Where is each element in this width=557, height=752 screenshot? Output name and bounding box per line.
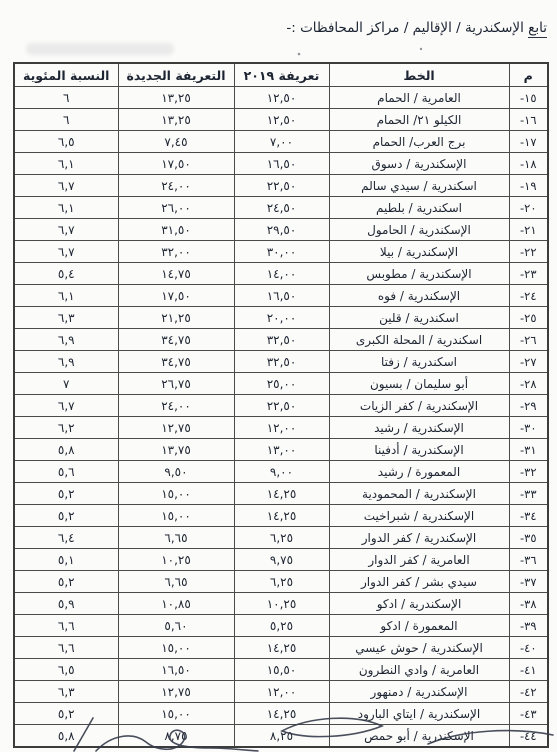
cell-tariff-2019: ٨,٢٥ xyxy=(234,725,329,748)
cell-tariff-new: ٣٤,٧٥ xyxy=(118,351,234,373)
title-text: الإسكندرية / الإقاليم / مراكز المحافظات … xyxy=(286,20,528,36)
cell-route-name: الإسكندرية / رشيد xyxy=(329,417,509,439)
table-row: ٣٩- المعمورة / ادكو ٥,٢٥ ٥,٦٠ ٦,٦ xyxy=(14,615,548,637)
cell-route-name: العامرية / وادي النطرون xyxy=(329,659,509,681)
cell-row-number: ٢٣- xyxy=(509,263,548,285)
cell-tariff-2019: ٧,٠٠ xyxy=(234,131,329,153)
cell-tariff-2019: ٩,٠٠ xyxy=(234,461,329,483)
table-row: ١٥- العامرية / الحمام ١٢,٥٠ ١٣,٢٥ ٦ xyxy=(14,87,548,109)
cell-route-name: الإسكندرية / شبراخيت xyxy=(329,505,509,527)
cell-row-number: ٢٥- xyxy=(509,307,548,329)
cell-row-number: ٣٥- xyxy=(509,527,548,549)
cell-tariff-2019: ٢٢,٥٠ xyxy=(234,395,329,417)
cell-tariff-new: ١٣,٢٥ xyxy=(118,109,234,131)
cell-tariff-2019: ٢٥,٠٠ xyxy=(234,373,329,395)
cell-tariff-new: ٢٤,٠٠ xyxy=(118,175,234,197)
cell-tariff-new: ٦,٦٥ xyxy=(118,527,234,549)
cell-row-number: ٤١- xyxy=(509,659,548,681)
cell-tariff-2019: ٣٢,٥٠ xyxy=(234,351,329,373)
cell-percentage: ٥,٢ xyxy=(14,703,118,725)
cell-percentage: ٦,١ xyxy=(14,153,118,175)
cell-row-number: ٣٦- xyxy=(509,549,548,571)
cell-tariff-2019: ١٢,٠٠ xyxy=(234,681,329,703)
table-row: ٣٢- المعمورة / رشيد ٩,٠٠ ٩,٥٠ ٥,٦ xyxy=(14,461,548,483)
table-row: ١٦- الكيلو ٢١/ الحمام ١٢,٥٠ ١٣,٢٥ ٦ xyxy=(14,109,548,131)
cell-percentage: ٦,٣ xyxy=(14,681,118,703)
cell-tariff-2019: ١٣,٠٠ xyxy=(234,439,329,461)
table-row: ٤١- العامرية / وادي النطرون ١٥,٥٠ ١٦,٥٠ … xyxy=(14,659,548,681)
cell-row-number: ٢٩- xyxy=(509,395,548,417)
cell-percentage: ٥,٦ xyxy=(14,461,118,483)
cell-tariff-new: ٨,٧٥ xyxy=(118,725,234,748)
cell-row-number: ٢٧- xyxy=(509,351,548,373)
scan-smudge xyxy=(26,43,174,55)
cell-route-name: الإسكندرية / أدفينا xyxy=(329,439,509,461)
cell-tariff-2019: ٢٤,٥٠ xyxy=(234,197,329,219)
header-row: م الخط تعريفة ٢٠١٩ التعريفة الجديدة النس… xyxy=(14,63,548,87)
cell-percentage: ٥,٢ xyxy=(14,483,118,505)
table-row: ٢٩- الإسكندرية / كفر الزيات ٢٢,٥٠ ٢٤,٠٠ … xyxy=(14,395,548,417)
cell-route-name: العامرية / كفر الدوار xyxy=(329,549,509,571)
cell-tariff-2019: ٥,٢٥ xyxy=(234,615,329,637)
cell-route-name: برج العرب/ الحمام xyxy=(329,131,509,153)
fare-table: م الخط تعريفة ٢٠١٩ التعريفة الجديدة النس… xyxy=(13,62,549,748)
table-row: ٤٤- الإسكندرية / أبو حمص ٨,٢٥ ٨,٧٥ ٥,٨ xyxy=(14,725,548,748)
cell-route-name: الإسكندرية / فوه xyxy=(329,285,509,307)
cell-row-number: ١٥- xyxy=(509,87,548,109)
cell-tariff-2019: ٦,٢٥ xyxy=(234,527,329,549)
table-row: ٣٤- الإسكندرية / شبراخيت ١٤,٢٥ ١٥,٠٠ ٥,٢ xyxy=(14,505,548,527)
cell-percentage: ٦,٩ xyxy=(14,351,118,373)
table-row: ٢٦- اسكندرية / المحلة الكبرى ٣٢,٥٠ ٣٤,٧٥… xyxy=(14,329,548,351)
header-cell-route: الخط xyxy=(329,63,509,87)
table-row: ٣٣- الإسكندرية / المحمودية ١٤,٢٥ ١٥,٠٠ ٥… xyxy=(14,483,548,505)
table-row: ٢٨- أبو سليمان / بسيون ٢٥,٠٠ ٢٦,٧٥ ٧ xyxy=(14,373,548,395)
table-row: ٢٣- الإسكندرية / مطوبس ١٤,٠٠ ١٤,٧٥ ٥,٤ xyxy=(14,263,548,285)
cell-tariff-new: ١٠,٢٥ xyxy=(118,549,234,571)
table-row: ١٨- الإسكندرية / دسوق ١٦,٥٠ ١٧,٥٠ ٦,١ xyxy=(14,153,548,175)
cell-row-number: ٢٨- xyxy=(509,373,548,395)
cell-row-number: ١٨- xyxy=(509,153,548,175)
cell-percentage: ٦,٣ xyxy=(14,307,118,329)
cell-percentage: ٦,٧ xyxy=(14,395,118,417)
cell-tariff-new: ١٣,٧٥ xyxy=(118,439,234,461)
cell-percentage: ٦,٢ xyxy=(14,417,118,439)
page-title: تابع الإسكندرية / الإقاليم / مراكز المحا… xyxy=(286,20,547,36)
cell-tariff-2019: ٢٠,٠٠ xyxy=(234,307,329,329)
cell-tariff-new: ١٤,٧٥ xyxy=(118,263,234,285)
cell-tariff-2019: ٣٠,٠٠ xyxy=(234,241,329,263)
cell-route-name: سيدي بشر / كفر الدوار xyxy=(329,571,509,593)
cell-percentage: ٦,٧ xyxy=(14,241,118,263)
cell-route-name: الإسكندرية / بيلا xyxy=(329,241,509,263)
table-row: ١٧- برج العرب/ الحمام ٧,٠٠ ٧,٤٥ ٦,٥ xyxy=(14,131,548,153)
cell-route-name: الإسكندرية / ادكو xyxy=(329,593,509,615)
cell-row-number: ٣٣- xyxy=(509,483,548,505)
table-row: ٣٧- سيدي بشر / كفر الدوار ٦,٢٥ ٦,٦٥ ٥,٢ xyxy=(14,571,548,593)
cell-route-name: الإسكندرية / دسوق xyxy=(329,153,509,175)
table-row: ٣٥- الإسكندرية / كفر الدوار ٦,٢٥ ٦,٦٥ ٦,… xyxy=(14,527,548,549)
cell-tariff-2019: ١٥,٥٠ xyxy=(234,659,329,681)
table-row: ٣٠- الإسكندرية / رشيد ١٢,٠٠ ١٢,٧٥ ٦,٢ xyxy=(14,417,548,439)
table-row: ١٩- اسكندرية / سيدي سالم ٢٢,٥٠ ٢٤,٠٠ ٦,٧ xyxy=(14,175,548,197)
cell-tariff-2019: ١٤,٢٥ xyxy=(234,505,329,527)
cell-tariff-new: ٢٦,٠٠ xyxy=(118,197,234,219)
table-row: ٢٧- اسكندرية / زفتا ٣٢,٥٠ ٣٤,٧٥ ٦,٩ xyxy=(14,351,548,373)
cell-row-number: ٣٩- xyxy=(509,615,548,637)
fare-table-body: ١٥- العامرية / الحمام ١٢,٥٠ ١٣,٢٥ ٦ ١٦- … xyxy=(14,87,548,748)
cell-route-name: الإسكندرية / أبو حمص xyxy=(329,725,509,748)
cell-percentage: ٥,١ xyxy=(14,549,118,571)
cell-row-number: ٢١- xyxy=(509,219,548,241)
table-row: ٣٨- الإسكندرية / ادكو ١٠,٢٥ ١٠,٨٥ ٥,٩ xyxy=(14,593,548,615)
cell-percentage: ٥,٩ xyxy=(14,593,118,615)
cell-tariff-new: ٣٤,٧٥ xyxy=(118,329,234,351)
cell-tariff-2019: ٣٢,٥٠ xyxy=(234,329,329,351)
cell-tariff-new: ١٢,٧٥ xyxy=(118,417,234,439)
cell-tariff-new: ٥,٦٠ xyxy=(118,615,234,637)
cell-percentage: ٦ xyxy=(14,87,118,109)
cell-percentage: ٦ xyxy=(14,109,118,131)
cell-tariff-new: ٣٢,٠٠ xyxy=(118,241,234,263)
cell-tariff-2019: ١٢,٠٠ xyxy=(234,417,329,439)
cell-route-name: الإسكندرية / دمنهور xyxy=(329,681,509,703)
cell-row-number: ٢٦- xyxy=(509,329,548,351)
cell-row-number: ٤٣- xyxy=(509,703,548,725)
cell-tariff-2019: ١٤,٢٥ xyxy=(234,483,329,505)
cell-route-name: اسكندرية / زفتا xyxy=(329,351,509,373)
cell-tariff-new: ٦,٦٥ xyxy=(118,571,234,593)
cell-tariff-new: ١٧,٥٠ xyxy=(118,153,234,175)
cell-percentage: ٦,٧ xyxy=(14,219,118,241)
cell-percentage: ٧ xyxy=(14,373,118,395)
cell-row-number: ٤٢- xyxy=(509,681,548,703)
cell-route-name: اسكندرية / سيدي سالم xyxy=(329,175,509,197)
cell-route-name: الإسكندرية / الحامول xyxy=(329,219,509,241)
cell-percentage: ٦,٤ xyxy=(14,527,118,549)
scanned-page: تابع الإسكندرية / الإقاليم / مراكز المحا… xyxy=(0,0,557,752)
cell-row-number: ١٧- xyxy=(509,131,548,153)
cell-tariff-new: ١٦,٥٠ xyxy=(118,659,234,681)
table-row: ٢٢- الإسكندرية / بيلا ٣٠,٠٠ ٣٢,٠٠ ٦,٧ xyxy=(14,241,548,263)
cell-tariff-new: ١٥,٠٠ xyxy=(118,703,234,725)
cell-tariff-new: ١٥,٠٠ xyxy=(118,637,234,659)
cell-tariff-2019: ١٤,٢٥ xyxy=(234,703,329,725)
cell-route-name: الإسكندرية / حوش عيسي xyxy=(329,637,509,659)
cell-percentage: ٦,١ xyxy=(14,197,118,219)
header-cell-percentage: النسبة المئوية xyxy=(14,63,118,87)
cell-tariff-2019: ٢٩,٥٠ xyxy=(234,219,329,241)
cell-tariff-2019: ١٢,٥٠ xyxy=(234,109,329,131)
cell-row-number: ٣٤- xyxy=(509,505,548,527)
table-row: ٣٦- العامرية / كفر الدوار ٩,٧٥ ١٠,٢٥ ٥,١ xyxy=(14,549,548,571)
cell-route-name: الكيلو ٢١/ الحمام xyxy=(329,109,509,131)
table-row: ٣١- الإسكندرية / أدفينا ١٣,٠٠ ١٣,٧٥ ٥,٨ xyxy=(14,439,548,461)
cell-percentage: ٥,٨ xyxy=(14,725,118,748)
cell-row-number: ٢٢- xyxy=(509,241,548,263)
cell-percentage: ٦,٦ xyxy=(14,615,118,637)
cell-tariff-2019: ١٠,٢٥ xyxy=(234,593,329,615)
cell-route-name: المعمورة / رشيد xyxy=(329,461,509,483)
table-row: ٢١- الإسكندرية / الحامول ٢٩,٥٠ ٣١,٥٠ ٦,٧ xyxy=(14,219,548,241)
cell-row-number: ٣٧- xyxy=(509,571,548,593)
cell-percentage: ٥,٨ xyxy=(14,439,118,461)
cell-tariff-new: ٢٦,٧٥ xyxy=(118,373,234,395)
cell-row-number: ٢٤- xyxy=(509,285,548,307)
cell-percentage: ٦,٩ xyxy=(14,329,118,351)
cell-route-name: الإسكندرية / كفر الزيات xyxy=(329,395,509,417)
cell-tariff-new: ١٧,٥٠ xyxy=(118,285,234,307)
cell-route-name: الإسكندرية / ايتاي البارود xyxy=(329,703,509,725)
cell-percentage: ٥,٢ xyxy=(14,505,118,527)
cell-tariff-new: ٢٤,٠٠ xyxy=(118,395,234,417)
cell-tariff-2019: ١٦,٥٠ xyxy=(234,153,329,175)
cell-tariff-2019: ١٦,٥٠ xyxy=(234,285,329,307)
ink-dot xyxy=(298,53,301,56)
cell-route-name: اسكندرية / بلطيم xyxy=(329,197,509,219)
table-row: ٢٥- اسكندرية / قلين ٢٠,٠٠ ٢١,٢٥ ٦,٣ xyxy=(14,307,548,329)
ink-dot xyxy=(420,48,422,50)
cell-row-number: ١٦- xyxy=(509,109,548,131)
cell-percentage: ٦,١ xyxy=(14,285,118,307)
header-cell-tariff2019: تعريفة ٢٠١٩ xyxy=(234,63,329,87)
cell-route-name: الإسكندرية / مطوبس xyxy=(329,263,509,285)
cell-row-number: ٣١- xyxy=(509,439,548,461)
cell-tariff-2019: ٢٢,٥٠ xyxy=(234,175,329,197)
cell-tariff-2019: ١٤,٠٠ xyxy=(234,263,329,285)
cell-tariff-2019: ١٢,٥٠ xyxy=(234,87,329,109)
table-row: ٤٣- الإسكندرية / ايتاي البارود ١٤,٢٥ ١٥,… xyxy=(14,703,548,725)
cell-row-number: ٤٤- xyxy=(509,725,548,748)
cell-percentage: ٦,٧ xyxy=(14,175,118,197)
cell-tariff-2019: ٩,٧٥ xyxy=(234,549,329,571)
cell-tariff-new: ١٣,٢٥ xyxy=(118,87,234,109)
header-cell-tariff-new: التعريفة الجديدة xyxy=(118,63,234,87)
cell-row-number: ٣٢- xyxy=(509,461,548,483)
title-underlined-word: تابع xyxy=(528,20,547,38)
cell-route-name: الإسكندرية / كفر الدوار xyxy=(329,527,509,549)
cell-tariff-2019: ٦,٢٥ xyxy=(234,571,329,593)
cell-row-number: ٤٠- xyxy=(509,637,548,659)
cell-tariff-new: ٢١,٢٥ xyxy=(118,307,234,329)
cell-percentage: ٥,٢ xyxy=(14,571,118,593)
cell-row-number: ٢٠- xyxy=(509,197,548,219)
cell-tariff-2019: ١٤,٢٥ xyxy=(234,637,329,659)
fare-table-header: م الخط تعريفة ٢٠١٩ التعريفة الجديدة النس… xyxy=(14,63,548,87)
cell-route-name: الإسكندرية / المحمودية xyxy=(329,483,509,505)
cell-percentage: ٥,٤ xyxy=(14,263,118,285)
cell-tariff-new: ٣١,٥٠ xyxy=(118,219,234,241)
table-row: ٤٠- الإسكندرية / حوش عيسي ١٤,٢٥ ١٥,٠٠ ٦,… xyxy=(14,637,548,659)
cell-tariff-new: ٧,٤٥ xyxy=(118,131,234,153)
cell-tariff-new: ١٥,٠٠ xyxy=(118,483,234,505)
cell-route-name: اسكندرية / قلين xyxy=(329,307,509,329)
table-row: ٤٢- الإسكندرية / دمنهور ١٢,٠٠ ١٢,٧٥ ٦,٣ xyxy=(14,681,548,703)
header-cell-num: م xyxy=(509,63,548,87)
cell-route-name: أبو سليمان / بسيون xyxy=(329,373,509,395)
cell-route-name: اسكندرية / المحلة الكبرى xyxy=(329,329,509,351)
cell-percentage: ٦,٦ xyxy=(14,637,118,659)
cell-route-name: العامرية / الحمام xyxy=(329,87,509,109)
cell-tariff-new: ١٥,٠٠ xyxy=(118,505,234,527)
table-row: ٢٤- الإسكندرية / فوه ١٦,٥٠ ١٧,٥٠ ٦,١ xyxy=(14,285,548,307)
cell-route-name: المعمورة / ادكو xyxy=(329,615,509,637)
table-row: ٢٠- اسكندرية / بلطيم ٢٤,٥٠ ٢٦,٠٠ ٦,١ xyxy=(14,197,548,219)
cell-tariff-new: ١٠,٨٥ xyxy=(118,593,234,615)
cell-tariff-new: ١٢,٧٥ xyxy=(118,681,234,703)
cell-percentage: ٦,٥ xyxy=(14,659,118,681)
cell-tariff-new: ٩,٥٠ xyxy=(118,461,234,483)
cell-row-number: ١٩- xyxy=(509,175,548,197)
cell-row-number: ٣٨- xyxy=(509,593,548,615)
cell-row-number: ٣٠- xyxy=(509,417,548,439)
cell-percentage: ٦,٥ xyxy=(14,131,118,153)
